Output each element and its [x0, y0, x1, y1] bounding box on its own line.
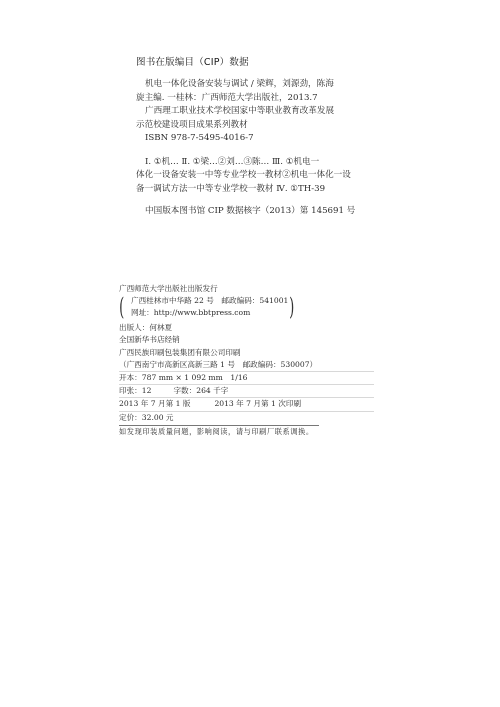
printer: 广西民族印刷包装集团有限公司印刷 [119, 347, 374, 359]
imprint-block: 广西师范大学出版社出版发行 ( 广西桂林市中华路 22 号 邮政编码：54100… [119, 283, 374, 438]
quality-notice: 如发现印装质量问题，影响阅读，请与印刷厂联系调换。 [119, 426, 374, 438]
cip-data-block: 图书在版编目（CIP）数据 机电一体化设备安装与调试 / 梁辉，刘源劲，陈海 旋… [136, 54, 396, 219]
price: 定价：32.00 元 [119, 412, 374, 424]
edition-and-printing: 2013 年 7 月第 1 版2013 年 7 月第 1 次印刷 [119, 398, 374, 411]
printer-address: （广西南宁市高新区高新三路 1 号 邮政编码：530007） [119, 359, 374, 372]
cip-entry-line-2: 旋主编. 一桂林：广西师范大学出版社，2013.7 [136, 92, 396, 106]
responsible-person: 出版人：何林夏 [119, 322, 374, 334]
cip-series-line-2: 示范校建设项目成果系列教材 [136, 119, 396, 133]
cip-subject-line-2: 体化一设备安装一中等专业学校一教材②机电一体化一设 [136, 169, 396, 183]
cip-subject-line-1: Ⅰ. ①机… Ⅱ. ①梁…②刘…③陈… Ⅲ. ①机电一 [136, 156, 396, 170]
left-bracket: ( [119, 293, 124, 321]
cip-series-line-1: 广西理工职业技术学校国家中等职业教育改革发展 [136, 105, 396, 119]
cip-number: 中国版本图书馆 CIP 数据核字（2013）第 145691 号 [136, 205, 396, 219]
publisher-address-block: ( 广西桂林市中华路 22 号 邮政编码：541001 网址：http://ww… [119, 295, 374, 322]
cip-isbn: ISBN 978-7-5495-4016-7 [136, 132, 396, 146]
publisher-website: 网址：http://www.bbtpress.com [131, 307, 374, 319]
publisher: 广西师范大学出版社出版发行 [119, 283, 374, 295]
sheets-and-words: 印张：12字数：264 千字 [119, 385, 374, 398]
sheets: 印张：12 [119, 386, 151, 395]
edition: 2013 年 7 月第 1 版 [119, 399, 190, 408]
format: 开本：787 mm × 1 092 mm 1/16 [119, 372, 374, 385]
cip-entry-line-1: 机电一体化设备安装与调试 / 梁辉，刘源劲，陈海 [136, 78, 396, 92]
cip-subject-line-3: 备一调试方法一中等专业学校一教材 Ⅳ. ①TH-39 [136, 183, 396, 197]
printing: 2013 年 7 月第 1 次印刷 [214, 399, 301, 408]
publisher-address: 广西桂林市中华路 22 号 邮政编码：541001 [131, 295, 374, 307]
right-bracket: ) [289, 293, 294, 321]
distributor: 全国新华书店经销 [119, 334, 374, 346]
word-count: 字数：264 千字 [173, 386, 228, 395]
cip-title: 图书在版编目（CIP）数据 [136, 54, 396, 68]
